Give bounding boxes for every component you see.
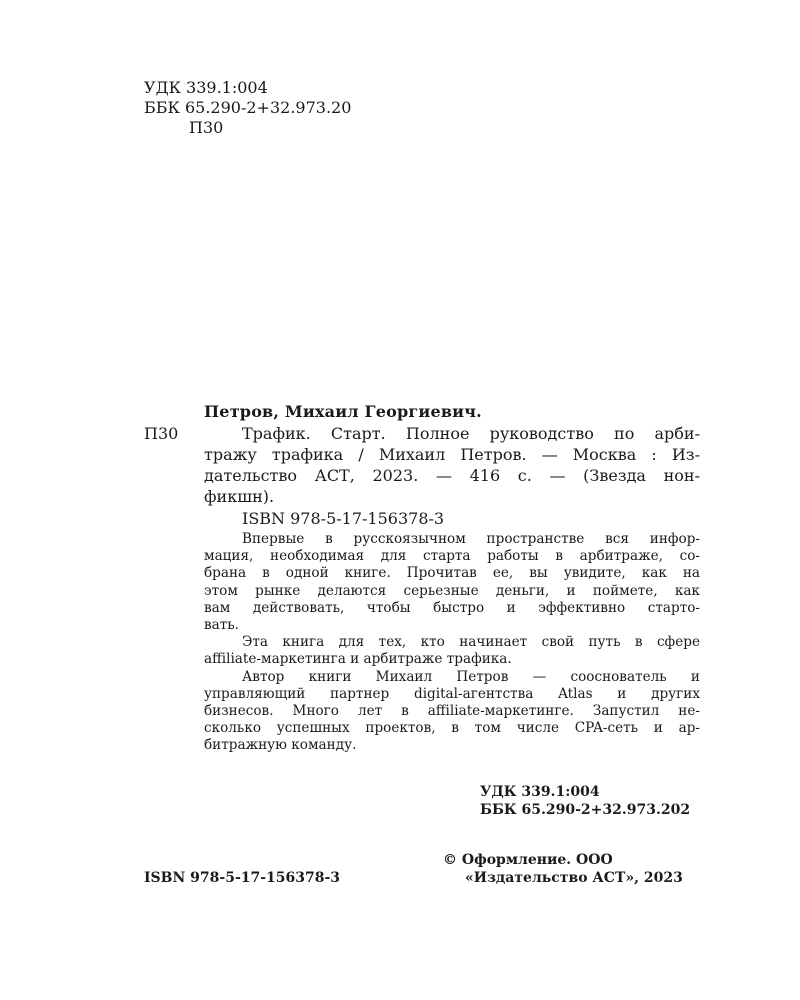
biblio-line: фикшн).	[204, 486, 700, 507]
udk-code: УДК 339.1:004	[144, 78, 351, 98]
abstract-line: вать.	[204, 617, 700, 634]
abstract-line: Автор книги Михаил Петров — сооснователь…	[242, 669, 700, 686]
classification-codes-bottom: УДК 339.1:004 ББК 65.290-2+32.973.202	[480, 783, 690, 819]
biblio-author-sign: П30	[144, 423, 178, 444]
abstract-line: бизнесов. Много лет в affiliate-маркетин…	[204, 703, 700, 720]
abstract-line: мация, необходимая для старта работы в а…	[204, 548, 700, 565]
isbn: ISBN 978-5-17-156378-3	[242, 508, 444, 529]
bbk-code: ББК 65.290-2+32.973.20	[144, 98, 351, 118]
copyright-line-2: «Издательство АСТ», 2023	[443, 869, 683, 887]
abstract-line: Впервые в русскоязычном пространстве вся…	[204, 531, 700, 548]
isbn-bottom: ISBN 978-5-17-156378-3	[144, 869, 340, 887]
bbk-code: ББК 65.290-2+32.973.202	[480, 801, 690, 819]
abstract-line: вам действовать, чтобы быстро и эффектив…	[204, 600, 700, 617]
author-heading: Петров, Михаил Георгиевич.	[204, 401, 482, 422]
abstract-line: битражную команду.	[204, 737, 700, 754]
abstract-line: брана в одной книге. Прочитав ее, вы уви…	[204, 565, 700, 582]
copyright-notice: © Оформление. ООО «Издательство АСТ», 20…	[443, 851, 683, 887]
classification-codes-top: УДК 339.1:004 ББК 65.290-2+32.973.20 П30	[144, 78, 351, 138]
copyright-line-1: © Оформление. ООО	[443, 851, 683, 869]
biblio-line: Трафик. Старт. Полное руководство по арб…	[204, 423, 700, 444]
biblio-line: тражу трафика / Михаил Петров. — Москва …	[204, 444, 700, 465]
biblio-line: дательство АСТ, 2023. — 416 с. — (Звезда…	[204, 465, 700, 486]
abstract: Впервые в русскоязычном пространстве вся…	[204, 531, 700, 755]
abstract-line: affiliate-маркетинга и арбитраже трафика…	[204, 651, 700, 668]
abstract-line: сколько успешных проектов, в том числе C…	[204, 720, 700, 737]
bibliographic-description: Трафик. Старт. Полное руководство по арб…	[204, 423, 700, 507]
udk-code: УДК 339.1:004	[480, 783, 690, 801]
abstract-line: управляющий партнер digital-агентства At…	[204, 686, 700, 703]
author-sign: П30	[144, 118, 351, 138]
abstract-line: Эта книга для тех, кто начинает свой пут…	[242, 634, 700, 651]
abstract-line: этом рынке делаются серьезные деньги, и …	[204, 583, 700, 600]
